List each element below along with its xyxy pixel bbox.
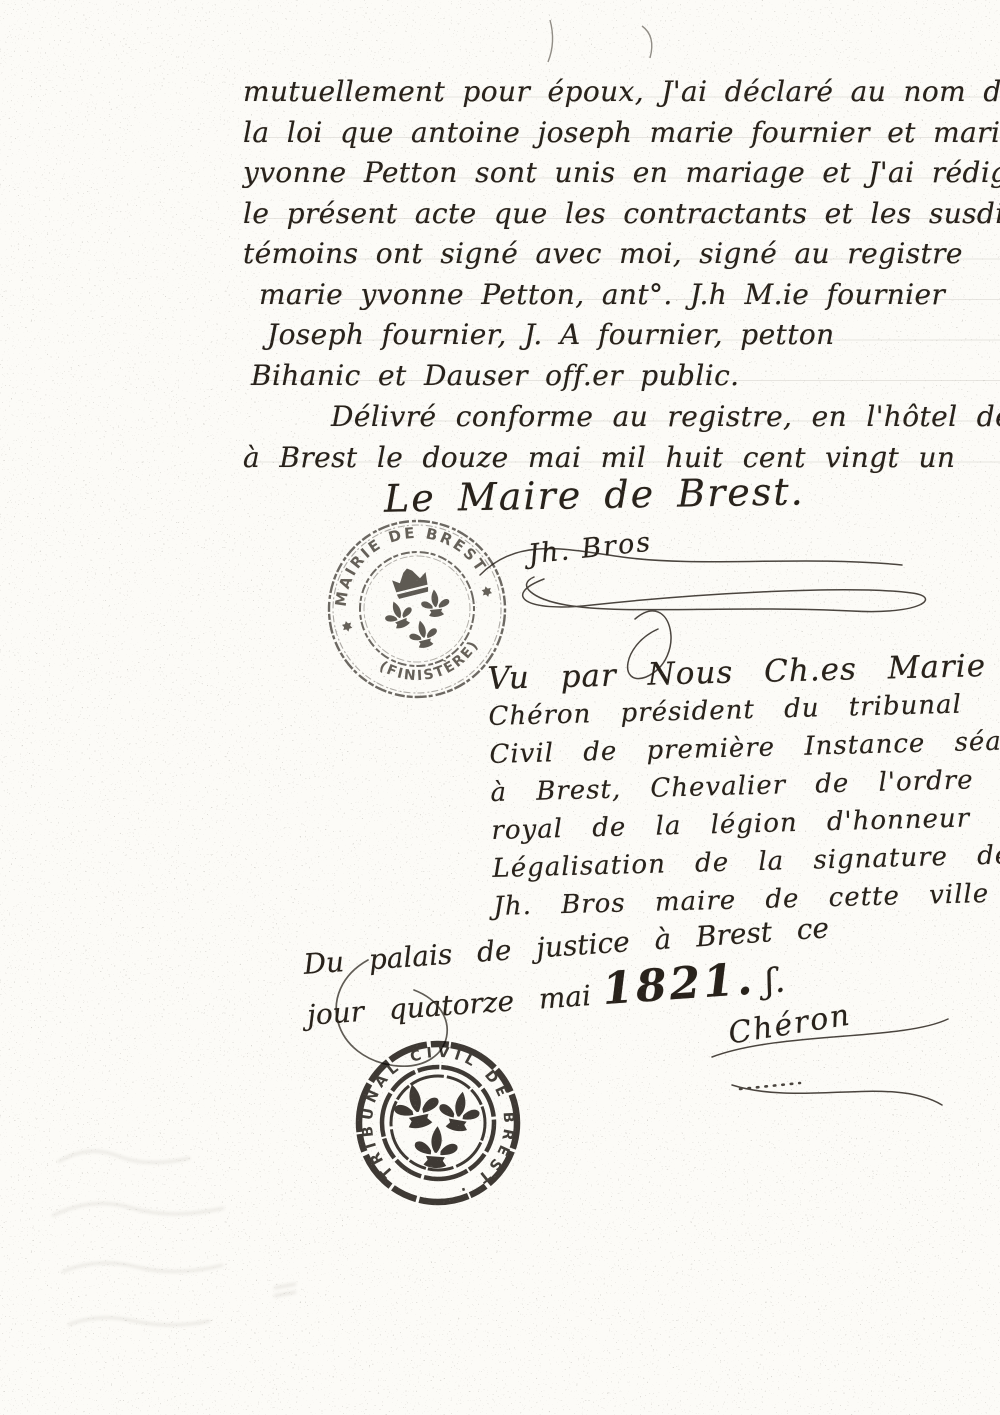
act-text-line: Joseph fournier, J. A fournier, petton <box>267 315 1000 356</box>
act-text-line: Bihanic et Dauser off.er public. <box>251 356 1000 397</box>
act-text-paragraph: mutuellement pour époux, J'ai déclaré au… <box>243 72 1000 396</box>
act-text-line: témoins ont signé avec moi, signé au reg… <box>243 234 1000 275</box>
delivrance-line: Délivré conforme au registre, en l'hôtel… <box>331 396 1000 437</box>
act-text-line: mutuellement pour époux, J'ai déclaré au… <box>243 72 1000 113</box>
star-icon <box>341 620 353 633</box>
delivrance-paragraph: Délivré conforme au registre, en l'hôtel… <box>243 396 1000 478</box>
fleur-de-lis-icon <box>406 617 440 651</box>
crown-icon <box>390 564 430 599</box>
tribunal-stamp-legend: TRIBUNAL CIVIL DE BREST · <box>341 1026 535 1220</box>
fleur-de-lis-icon <box>380 596 416 632</box>
fleur-de-lis-icon <box>390 1080 443 1132</box>
act-text-line: marie yvonne Petton, ant°. J.h M.ie four… <box>259 275 1000 316</box>
act-text-line: le présent acte que les contractants et … <box>243 194 1000 235</box>
tribunal-stamp: TRIBUNAL CIVIL DE BREST · <box>341 1026 535 1220</box>
act-text-line: la loi que antoine joseph marie fournier… <box>243 113 1000 154</box>
fleur-de-lis-icon <box>413 1125 459 1170</box>
fleur-de-lis-icon <box>420 588 451 618</box>
president-signature: Chéron <box>700 985 970 1135</box>
legalisation-paragraph: Vu par Nous Ch.es Marie Chéron président… <box>487 644 1000 926</box>
show-through-marks <box>36 1120 366 1380</box>
document-page: mutuellement pour époux, J'ai déclaré au… <box>0 0 1000 1415</box>
act-text-line: yvonne Petton sont unis en mariage et J'… <box>243 153 1000 194</box>
mairie-stamp-top-text: MAIRIE DE BREST <box>322 514 492 612</box>
